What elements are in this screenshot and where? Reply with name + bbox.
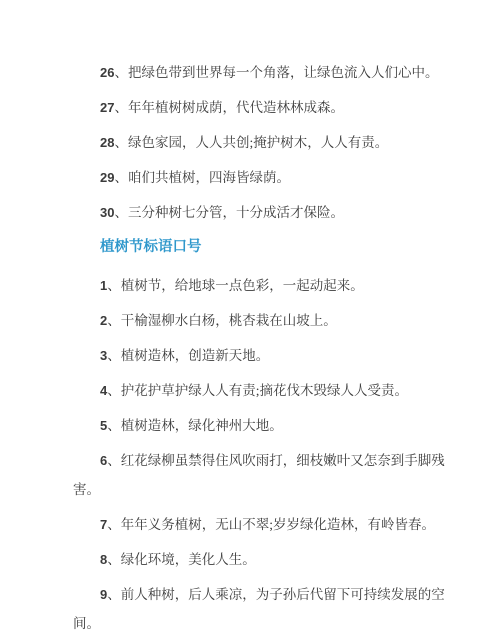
slogan-item: 1、植树节，给地球一点色彩，一起动起来。 — [73, 271, 450, 300]
slogan-text: 三分种树七分管，十分成活才保险。 — [128, 205, 344, 220]
slogan-list-top: 26、把绿色带到世界每一个角落，让绿色流入人们心中。27、年年植树树成荫，代代造… — [73, 58, 450, 227]
slogan-separator: 、 — [107, 418, 121, 433]
slogan-separator: 、 — [107, 383, 121, 398]
slogan-separator: 、 — [107, 313, 121, 328]
slogan-item: 3、植树造林，创造新天地。 — [73, 341, 450, 370]
slogan-item: 7、年年义务植树，无山不翠;岁岁绿化造林，有岭皆春。 — [73, 510, 450, 539]
slogan-text: 植树造林，创造新天地。 — [121, 348, 270, 363]
slogan-separator: 、 — [107, 348, 121, 363]
slogan-separator: 、 — [107, 587, 121, 602]
slogan-text: 前人种树，后人乘凉，为子孙后代留下可持续发展的空间。 — [73, 587, 445, 631]
slogan-separator: 、 — [114, 65, 128, 80]
slogan-text: 干榆湿柳水白杨，桃杏栽在山坡上。 — [121, 313, 337, 328]
slogan-item: 5、植树造林，绿化神州大地。 — [73, 411, 450, 440]
slogan-item: 26、把绿色带到世界每一个角落，让绿色流入人们心中。 — [73, 58, 450, 87]
document-body: 26、把绿色带到世界每一个角落，让绿色流入人们心中。27、年年植树树成荫，代代造… — [0, 0, 500, 637]
slogan-item: 4、护花护草护绿人人有责;摘花伐木毁绿人人受责。 — [73, 376, 450, 405]
slogan-text: 绿色家园，人人共创;掩护树木，人人有责。 — [128, 135, 388, 150]
slogan-item: 8、绿化环境，美化人生。 — [73, 545, 450, 574]
slogan-item: 2、干榆湿柳水白杨，桃杏栽在山坡上。 — [73, 306, 450, 335]
slogan-separator: 、 — [114, 135, 128, 150]
slogan-separator: 、 — [114, 100, 128, 115]
slogan-item: 29、咱们共植树，四海皆绿荫。 — [73, 163, 450, 192]
slogan-number: 27 — [100, 100, 114, 115]
slogan-list-bottom: 1、植树节，给地球一点色彩，一起动起来。2、干榆湿柳水白杨，桃杏栽在山坡上。3、… — [73, 271, 450, 637]
slogan-text: 植树造林，绿化神州大地。 — [121, 418, 283, 433]
slogan-text: 绿化环境，美化人生。 — [121, 552, 256, 567]
section-heading: 植树节标语口号 — [73, 233, 450, 262]
slogan-number: 29 — [100, 170, 114, 185]
slogan-item: 30、三分种树七分管，十分成活才保险。 — [73, 198, 450, 227]
slogan-number: 26 — [100, 65, 114, 80]
slogan-text: 植树节，给地球一点色彩，一起动起来。 — [121, 278, 364, 293]
slogan-separator: 、 — [114, 170, 128, 185]
slogan-number: 30 — [100, 205, 114, 220]
slogan-text: 红花绿柳虽禁得住风吹雨打，细枝嫩叶又怎奈到手脚残害。 — [73, 453, 445, 497]
slogan-separator: 、 — [107, 453, 121, 468]
slogan-text: 护花护草护绿人人有责;摘花伐木毁绿人人受责。 — [121, 383, 408, 398]
slogan-item: 6、红花绿柳虽禁得住风吹雨打，细枝嫩叶又怎奈到手脚残害。 — [73, 446, 450, 504]
slogan-number: 28 — [100, 135, 114, 150]
slogan-text: 咱们共植树，四海皆绿荫。 — [128, 170, 290, 185]
slogan-separator: 、 — [107, 278, 121, 293]
slogan-text: 把绿色带到世界每一个角落，让绿色流入人们心中。 — [128, 65, 439, 80]
slogan-text: 年年义务植树，无山不翠;岁岁绿化造林，有岭皆春。 — [121, 517, 435, 532]
slogan-separator: 、 — [107, 517, 121, 532]
slogan-separator: 、 — [107, 552, 121, 567]
slogan-item: 28、绿色家园，人人共创;掩护树木，人人有责。 — [73, 128, 450, 157]
slogan-item: 9、前人种树，后人乘凉，为子孙后代留下可持续发展的空间。 — [73, 580, 450, 637]
slogan-item: 27、年年植树树成荫，代代造林林成森。 — [73, 93, 450, 122]
slogan-text: 年年植树树成荫，代代造林林成森。 — [128, 100, 344, 115]
slogan-separator: 、 — [114, 205, 128, 220]
